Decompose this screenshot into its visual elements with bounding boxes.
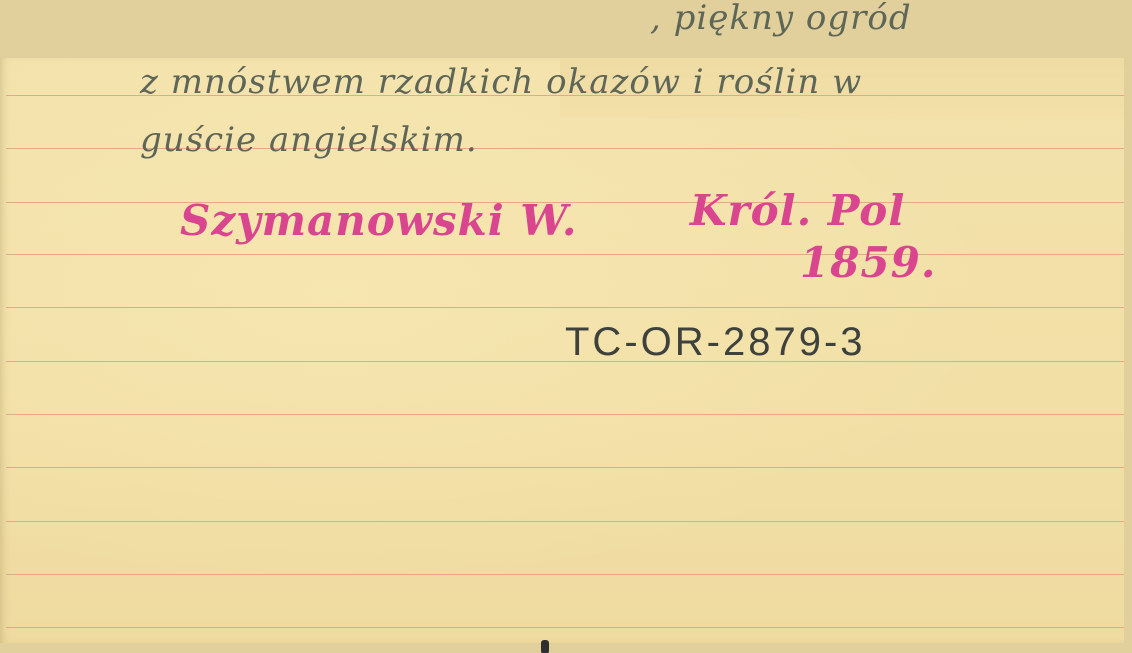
ruled-line: [6, 627, 1124, 628]
ruled-line: [6, 254, 1124, 255]
author-name: Szymanowski W.: [180, 196, 578, 245]
ruled-line: [6, 574, 1124, 575]
scan-artifact: [541, 640, 549, 653]
publication-year: 1859.: [800, 238, 937, 287]
ruled-line: [6, 467, 1124, 468]
pencil-line-1: , piękny ogród: [650, 0, 912, 38]
ruled-line: [6, 414, 1124, 415]
call-number: TC-OR-2879-3: [565, 320, 866, 365]
ruled-line: [6, 521, 1124, 522]
pencil-line-2: z mnóstwem rzadkich okazów i roślin w: [140, 62, 862, 102]
pencil-line-3: guście angielskim.: [140, 120, 478, 160]
publication-place: Król. Pol: [690, 186, 905, 235]
index-card: , piękny ogród z mnóstwem rzadkich okazó…: [0, 58, 1124, 643]
ruled-line: [6, 307, 1124, 308]
